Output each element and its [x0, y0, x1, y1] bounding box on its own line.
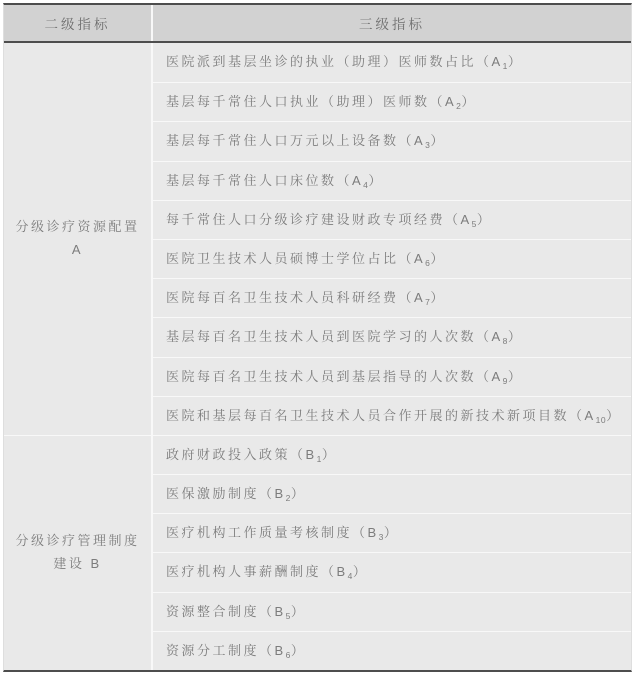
secondary-indicator-cell: 分级诊疗资源配置 A — [4, 43, 153, 435]
secondary-indicator-cell: 分级诊疗管理制度建设 B — [4, 435, 153, 670]
tertiary-indicator-text: 医院每百名卫生技术人员科研经费（A — [166, 290, 425, 305]
tertiary-indicator-text: 基层每千常住人口床位数（A — [166, 173, 363, 188]
tertiary-indicator-text: 基层每千常住人口万元以上设备数（A — [166, 133, 425, 148]
tertiary-indicator-text: 政府财政投入政策（B — [166, 447, 317, 462]
indicator-close-paren: ） — [508, 369, 524, 384]
tertiary-indicator-text: 医院和基层每百名卫生技术人员合作开展的新技术新项目数（A — [166, 408, 596, 423]
tertiary-indicator-text: 基层每千常住人口执业（助理）医师数（A — [166, 94, 456, 109]
tertiary-indicator-cell: 基层每千常住人口床位数（A4） — [153, 161, 631, 200]
page: 二级指标 三级指标 分级诊疗资源配置 A医院派到基层坐诊的执业（助理）医师数占比… — [0, 0, 635, 677]
secondary-indicator-label: 分级诊疗管理制度建设 B — [8, 530, 147, 576]
tertiary-indicator-text: 医保激励制度（B — [166, 486, 286, 501]
tertiary-indicator-cell: 基层每千常住人口万元以上设备数（A3） — [153, 121, 631, 160]
tertiary-indicator-cell: 医院派到基层坐诊的执业（助理）医师数占比（A1） — [153, 43, 631, 82]
tertiary-indicator-text: 每千常住人口分级诊疗建设财政专项经费（A — [166, 212, 472, 227]
tertiary-indicator-text: 医疗机构人事薪酬制度（B — [166, 564, 348, 579]
indicator-close-paren: ） — [384, 525, 400, 540]
indicator-close-paren: ） — [477, 212, 493, 227]
tertiary-indicator-text: 资源分工制度（B — [166, 643, 286, 658]
tertiary-indicator-cell: 医院每百名卫生技术人员科研经费（A7） — [153, 278, 631, 317]
tertiary-indicator-cell: 资源分工制度（B6） — [153, 631, 631, 670]
table-header-row: 二级指标 三级指标 — [4, 5, 631, 43]
tertiary-indicator-cell: 资源整合制度（B5） — [153, 592, 631, 631]
indicator-close-paren: ） — [291, 486, 307, 501]
tertiary-indicator-cell: 医疗机构人事薪酬制度（B4） — [153, 552, 631, 591]
tertiary-indicator-text: 医院卫生技术人员硕博士学位占比（A — [166, 251, 425, 266]
tertiary-indicator-text: 医院派到基层坐诊的执业（助理）医师数占比（A — [166, 54, 503, 69]
indicator-close-paren: ） — [606, 408, 622, 423]
indicator-close-paren: ） — [353, 564, 369, 579]
indicator-close-paren: ） — [291, 604, 307, 619]
indicator-close-paren: ） — [430, 290, 446, 305]
indicator-close-paren: ） — [508, 329, 524, 344]
indicator-close-paren: ） — [291, 643, 307, 658]
tertiary-indicator-text: 资源整合制度（B — [166, 604, 286, 619]
tertiary-indicator-cell: 基层每百名卫生技术人员到医院学习的人次数（A8） — [153, 317, 631, 356]
tertiary-indicator-text: 基层每百名卫生技术人员到医院学习的人次数（A — [166, 329, 503, 344]
table-body: 分级诊疗资源配置 A医院派到基层坐诊的执业（助理）医师数占比（A1）基层每千常住… — [4, 43, 631, 670]
tertiary-indicator-cell: 医保激励制度（B2） — [153, 474, 631, 513]
tertiary-indicator-text: 医院每百名卫生技术人员到基层指导的人次数（A — [166, 369, 503, 384]
tertiary-indicator-cell: 每千常住人口分级诊疗建设财政专项经费（A5） — [153, 200, 631, 239]
tertiary-indicator-cell: 医院每百名卫生技术人员到基层指导的人次数（A9） — [153, 357, 631, 396]
indicator-code-subscript: 10 — [596, 415, 606, 425]
indicator-close-paren: ） — [461, 94, 477, 109]
indicator-close-paren: ） — [368, 173, 384, 188]
header-col-secondary-indicator: 二级指标 — [4, 5, 153, 41]
header-col-tertiary-indicator: 三级指标 — [153, 5, 631, 41]
indicator-close-paren: ） — [430, 133, 446, 148]
tertiary-indicator-cell: 基层每千常住人口执业（助理）医师数（A2） — [153, 82, 631, 121]
tertiary-indicator-cell: 政府财政投入政策（B1） — [153, 435, 631, 474]
indicator-table: 二级指标 三级指标 分级诊疗资源配置 A医院派到基层坐诊的执业（助理）医师数占比… — [3, 3, 632, 672]
tertiary-indicator-cell: 医院和基层每百名卫生技术人员合作开展的新技术新项目数（A10） — [153, 396, 631, 435]
indicator-close-paren: ） — [508, 54, 524, 69]
indicator-close-paren: ） — [322, 447, 338, 462]
tertiary-indicator-cell: 医疗机构工作质量考核制度（B3） — [153, 513, 631, 552]
indicator-close-paren: ） — [430, 251, 446, 266]
tertiary-indicator-cell: 医院卫生技术人员硕博士学位占比（A6） — [153, 239, 631, 278]
tertiary-indicator-text: 医疗机构工作质量考核制度（B — [166, 525, 379, 540]
secondary-indicator-label: 分级诊疗资源配置 A — [8, 216, 147, 262]
